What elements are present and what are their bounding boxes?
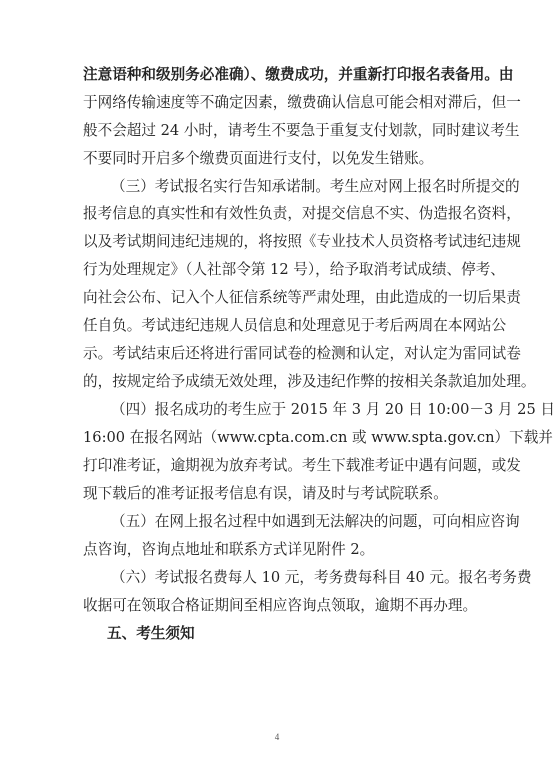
paragraph-3-line: 报考信息的真实性和有效性负责，对提交信息不实、伪造报名资料，: [83, 204, 471, 224]
paragraph-5-line: （五）在网上报名过程中如遇到无法解决的问题，可向相应咨询: [111, 512, 471, 532]
paragraph-4-line: 打印准考证，逾期视为放弃考试。考生下载准考证中遇有问题，或发: [83, 456, 471, 476]
paragraph-3-line: 向社会公布、记入个人征信系统等严肃处理，由此造成的一切后果责: [83, 288, 471, 308]
paragraph-line: 般不会超过 24 小时，请考生不要急于重复支付划款，同时建议考生: [83, 121, 471, 141]
paragraph-6-line: （六）考试报名费每人 10 元，考务费每科目 40 元。报名考务费: [111, 568, 471, 588]
paragraph-3-line: （三）考试报名实行告知承诺制。考生应对网上报名时所提交的: [111, 177, 471, 197]
paragraph-6-line: 收据可在领取合格证期间至相应咨询点领取，逾期不再办理。: [83, 596, 471, 616]
paragraph-3-line: 任自负。考试违纪违规人员信息和处理意见于考后两周在本网站公: [83, 316, 471, 336]
paragraph-5-line: 点咨询，咨询点地址和联系方式详见附件 2。: [83, 540, 471, 560]
paragraph-3-line: 示。考试结束后还将进行雷同试卷的检测和认定，对认定为雷同试卷: [83, 344, 471, 364]
paragraph-4-line: 现下载后的准考证报考信息有误，请及时与考试院联系。: [83, 484, 471, 504]
paragraph-4-line: 16:00 在报名网站（www.cpta.com.cn 或 www.spta.g…: [83, 428, 471, 448]
section-heading: 五、考生须知: [107, 624, 195, 644]
paragraph-3-line: 的，按规定给予成绩无效处理，涉及违纪作弊的按相关条款追加处理。: [83, 372, 471, 392]
paragraph-3-line: 以及考试期间违纪违规的，将按照《专业技术人员资格考试违纪违规: [83, 232, 471, 252]
paragraph-line: 不要同时开启多个缴费页面进行支付，以免发生错账。: [83, 149, 471, 169]
paragraph-3-line: 行为处理规定》（人社部令第 12 号），给予取消考试成绩、停考、: [83, 260, 471, 280]
paragraph-line: 于网络传输速度等不确定因素，缴费确认信息可能会相对滞后，但一: [83, 93, 471, 113]
paragraph-4-line: （四）报名成功的考生应于 2015 年 3 月 20 日 10:00－3 月 2…: [111, 400, 471, 420]
paragraph-line: 注意语种和级别务必准确）、缴费成功，并重新打印报名表备用。由: [83, 65, 471, 85]
page-number: 4: [272, 731, 282, 743]
document-page: 注意语种和级别务必准确）、缴费成功，并重新打印报名表备用。由 于网络传输速度等不…: [0, 0, 555, 775]
